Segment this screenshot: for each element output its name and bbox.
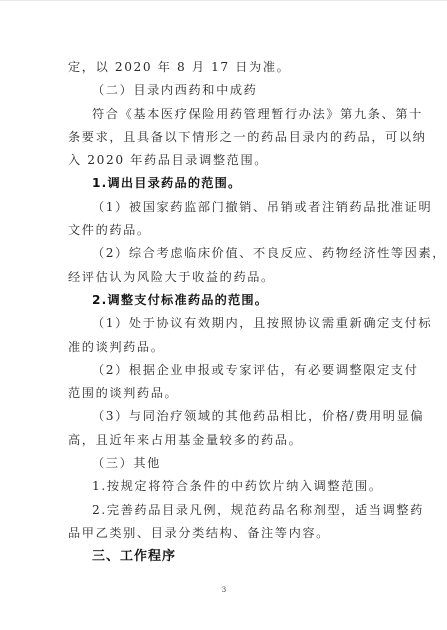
paragraph-line: 范围的谈判药品。	[68, 382, 380, 405]
page-top-edge	[0, 0, 447, 1]
list-item: （2）综合考虑临床价值、不良反应、药物经济性等因素，	[68, 242, 380, 265]
list-item: （3）与同治疗领域的其他药品相比，价格/费用明显偏	[68, 405, 380, 428]
paragraph-line: 高，且近年来占用基金量较多的药品。	[68, 429, 380, 452]
paragraph-line: 入 2020 年药品目录调整范围。	[68, 149, 380, 172]
list-item: 1.按规定将符合条件的中药饮片纳入调整范围。	[68, 475, 380, 498]
paragraph-line: 条要求，且具备以下情形之一的药品目录内的药品，可以纳	[68, 126, 380, 149]
paragraph-line: 文件的药品。	[68, 219, 380, 242]
document-page: 定，以 2020 年 8 月 17 日为准。 （二）目录内西药和中成药 符合《基…	[68, 56, 380, 569]
list-item: （2）根据企业申报或专家评估，有必要调整限定支付	[68, 359, 380, 382]
paragraph-line: 经评估认为风险大于收益的药品。	[68, 266, 380, 289]
bold-subheading-2: 2.调整支付标准药品的范围。	[68, 289, 380, 312]
list-item: 2.完善药品目录凡例，规范药品名称剂型，适当调整药	[68, 499, 380, 522]
section-subheading-2: （二）目录内西药和中成药	[68, 79, 380, 102]
paragraph-line: 定，以 2020 年 8 月 17 日为准。	[68, 56, 380, 79]
section-heading: 三、工作程序	[68, 545, 380, 568]
bold-subheading-1: 1.调出目录药品的范围。	[68, 172, 380, 195]
page-number: 3	[219, 586, 229, 594]
paragraph-line: 准的谈判药品。	[68, 336, 380, 359]
list-item: （1）处于协议有效期内，且按照协议需重新确定支付标	[68, 312, 380, 335]
section-subheading-3: （三）其他	[68, 452, 380, 475]
paragraph-line: 符合《基本医疗保险用药管理暂行办法》第九条、第十	[68, 103, 380, 126]
paragraph-line: 品甲乙类别、目录分类结构、备注等内容。	[68, 522, 380, 545]
list-item: （1）被国家药监部门撤销、吊销或者注销药品批准证明	[68, 196, 380, 219]
